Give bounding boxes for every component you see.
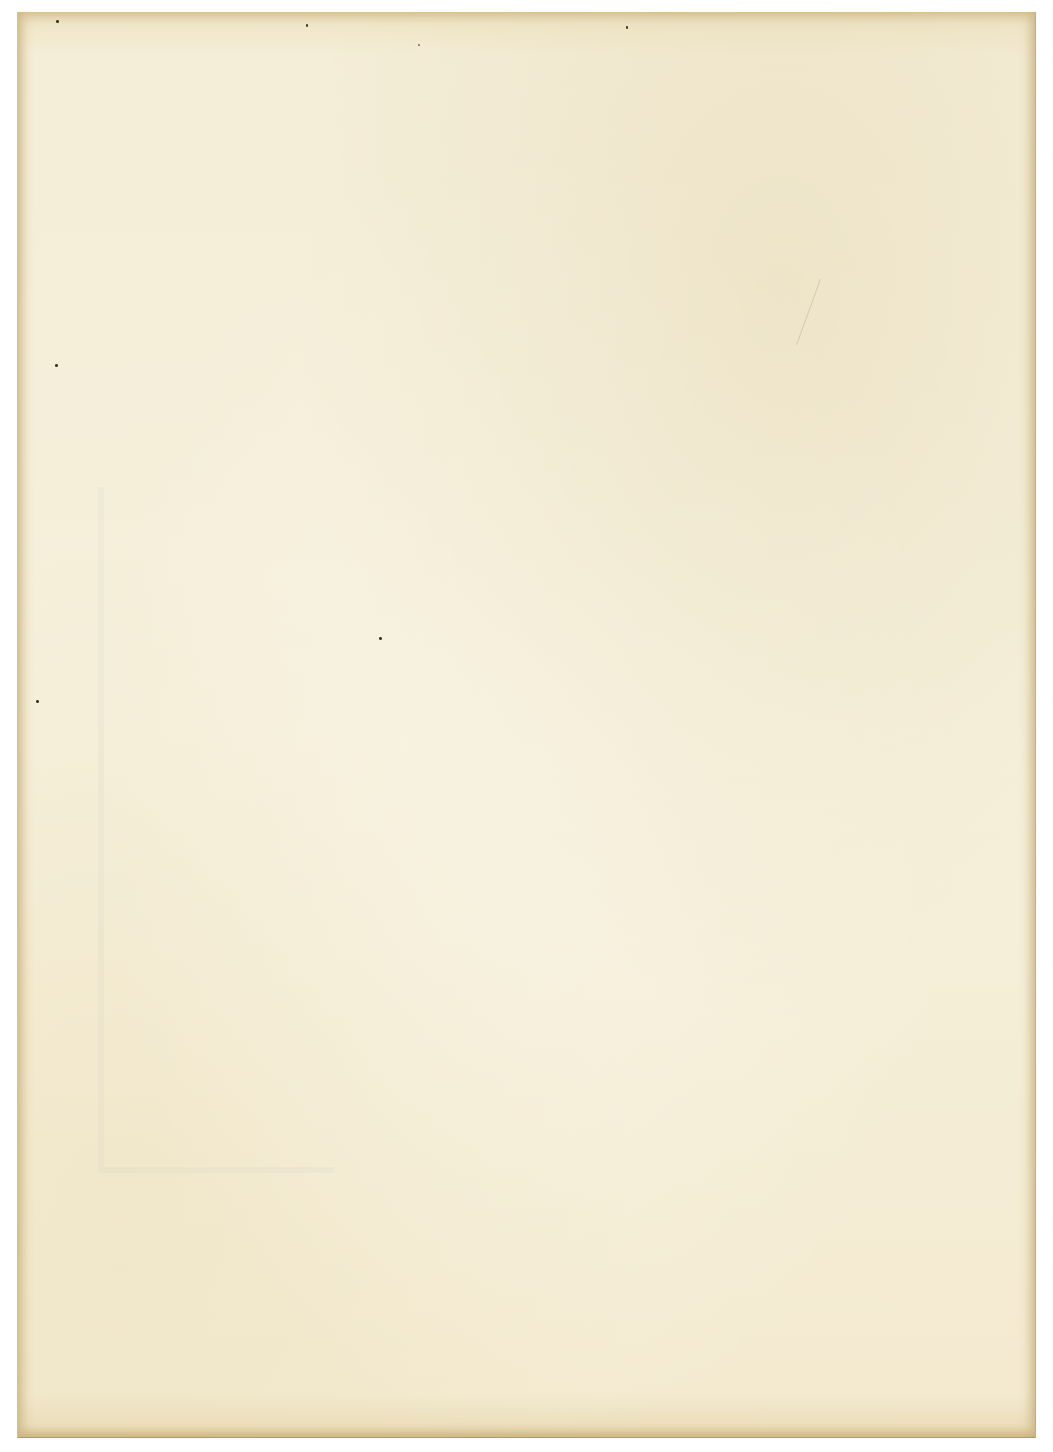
ink-speck (626, 26, 628, 29)
ink-speck (55, 364, 58, 367)
faint-show-through-mark (98, 487, 334, 1173)
page-canvas (0, 0, 1053, 1452)
ink-speck (418, 44, 420, 46)
ink-speck (379, 637, 382, 640)
faint-scratch-mark (796, 279, 821, 345)
ink-speck (36, 700, 39, 703)
ink-speck (56, 20, 59, 23)
blank-paper-sheet (17, 12, 1036, 1438)
ink-speck (306, 24, 308, 27)
